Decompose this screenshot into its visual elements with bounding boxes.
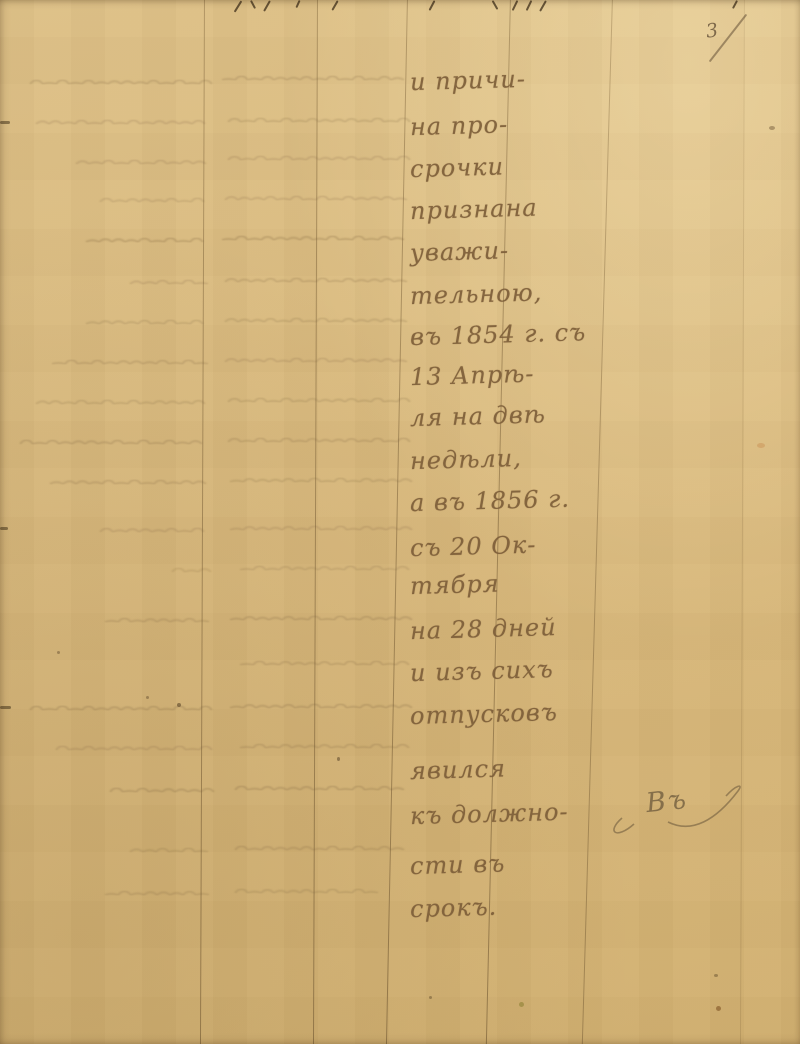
page-edge-shadow bbox=[0, 0, 800, 1044]
cropped-header-stroke bbox=[429, 0, 436, 11]
manuscript-line: къ должно- bbox=[410, 798, 561, 830]
page-number: 3 bbox=[705, 19, 720, 42]
cropped-header-stroke bbox=[331, 0, 338, 11]
manuscript-line: явился bbox=[410, 753, 561, 785]
manuscript-line: на 28 дней bbox=[410, 613, 561, 645]
margin-annotation-flourish bbox=[0, 0, 800, 1044]
manuscript-line: недѣли, bbox=[410, 443, 561, 475]
manuscript-line: и изъ сихъ bbox=[410, 655, 561, 687]
manuscript-line: съ 20 Ок- bbox=[410, 530, 561, 562]
edge-mark bbox=[0, 527, 8, 530]
manuscript-line: тября bbox=[410, 568, 561, 600]
ink-speck bbox=[519, 1002, 524, 1007]
cropped-header-stroke bbox=[295, 0, 300, 8]
manuscript-line: 13 Апрѣ- bbox=[410, 359, 561, 391]
column-rule bbox=[740, 0, 745, 1044]
edge-mark bbox=[0, 121, 10, 124]
cropped-header-stroke bbox=[526, 0, 533, 11]
ink-speck bbox=[716, 1006, 721, 1011]
ink-speck bbox=[769, 126, 775, 130]
manuscript-line: отпусковъ bbox=[410, 698, 561, 730]
column-rule bbox=[200, 0, 205, 1044]
column-rule bbox=[582, 0, 613, 1044]
manuscript-line: въ 1854 г. съ bbox=[410, 319, 561, 351]
cropped-header-stroke bbox=[492, 0, 499, 10]
bleedthrough-ghost-text bbox=[0, 0, 800, 1044]
cropped-header-stroke bbox=[250, 0, 256, 9]
manuscript-page: 3 и причи- на про- срочки признана уважи… bbox=[0, 0, 800, 1044]
ink-speck bbox=[757, 443, 765, 448]
ink-speck bbox=[177, 703, 181, 707]
cropped-header-stroke bbox=[263, 0, 271, 11]
ink-speck bbox=[337, 757, 340, 761]
ink-speck bbox=[429, 996, 432, 999]
manuscript-line: тельною, bbox=[410, 278, 561, 310]
manuscript-line: сти въ bbox=[410, 848, 561, 880]
column-rule bbox=[313, 0, 318, 1044]
cropped-header-stroke bbox=[539, 0, 547, 11]
ink-speck bbox=[57, 651, 60, 654]
manuscript-line: ля на двѣ bbox=[410, 400, 561, 432]
manuscript-line: уважи- bbox=[410, 235, 561, 267]
cropped-header-stroke bbox=[732, 0, 738, 9]
manuscript-line: срочки bbox=[410, 151, 561, 183]
cropped-header-stroke bbox=[512, 0, 519, 11]
ink-speck bbox=[146, 696, 149, 699]
manuscript-line: срокъ. bbox=[410, 891, 561, 923]
ink-speck bbox=[714, 974, 718, 977]
manuscript-line: и причи- bbox=[410, 64, 561, 96]
manuscript-line: а въ 1856 г. bbox=[410, 485, 561, 517]
edge-mark bbox=[0, 706, 11, 709]
column-rule bbox=[386, 0, 408, 1044]
margin-annotation: Въ bbox=[644, 784, 689, 819]
manuscript-line: признана bbox=[410, 193, 561, 225]
manuscript-line: на про- bbox=[410, 109, 561, 141]
cropped-header-stroke bbox=[234, 0, 243, 12]
